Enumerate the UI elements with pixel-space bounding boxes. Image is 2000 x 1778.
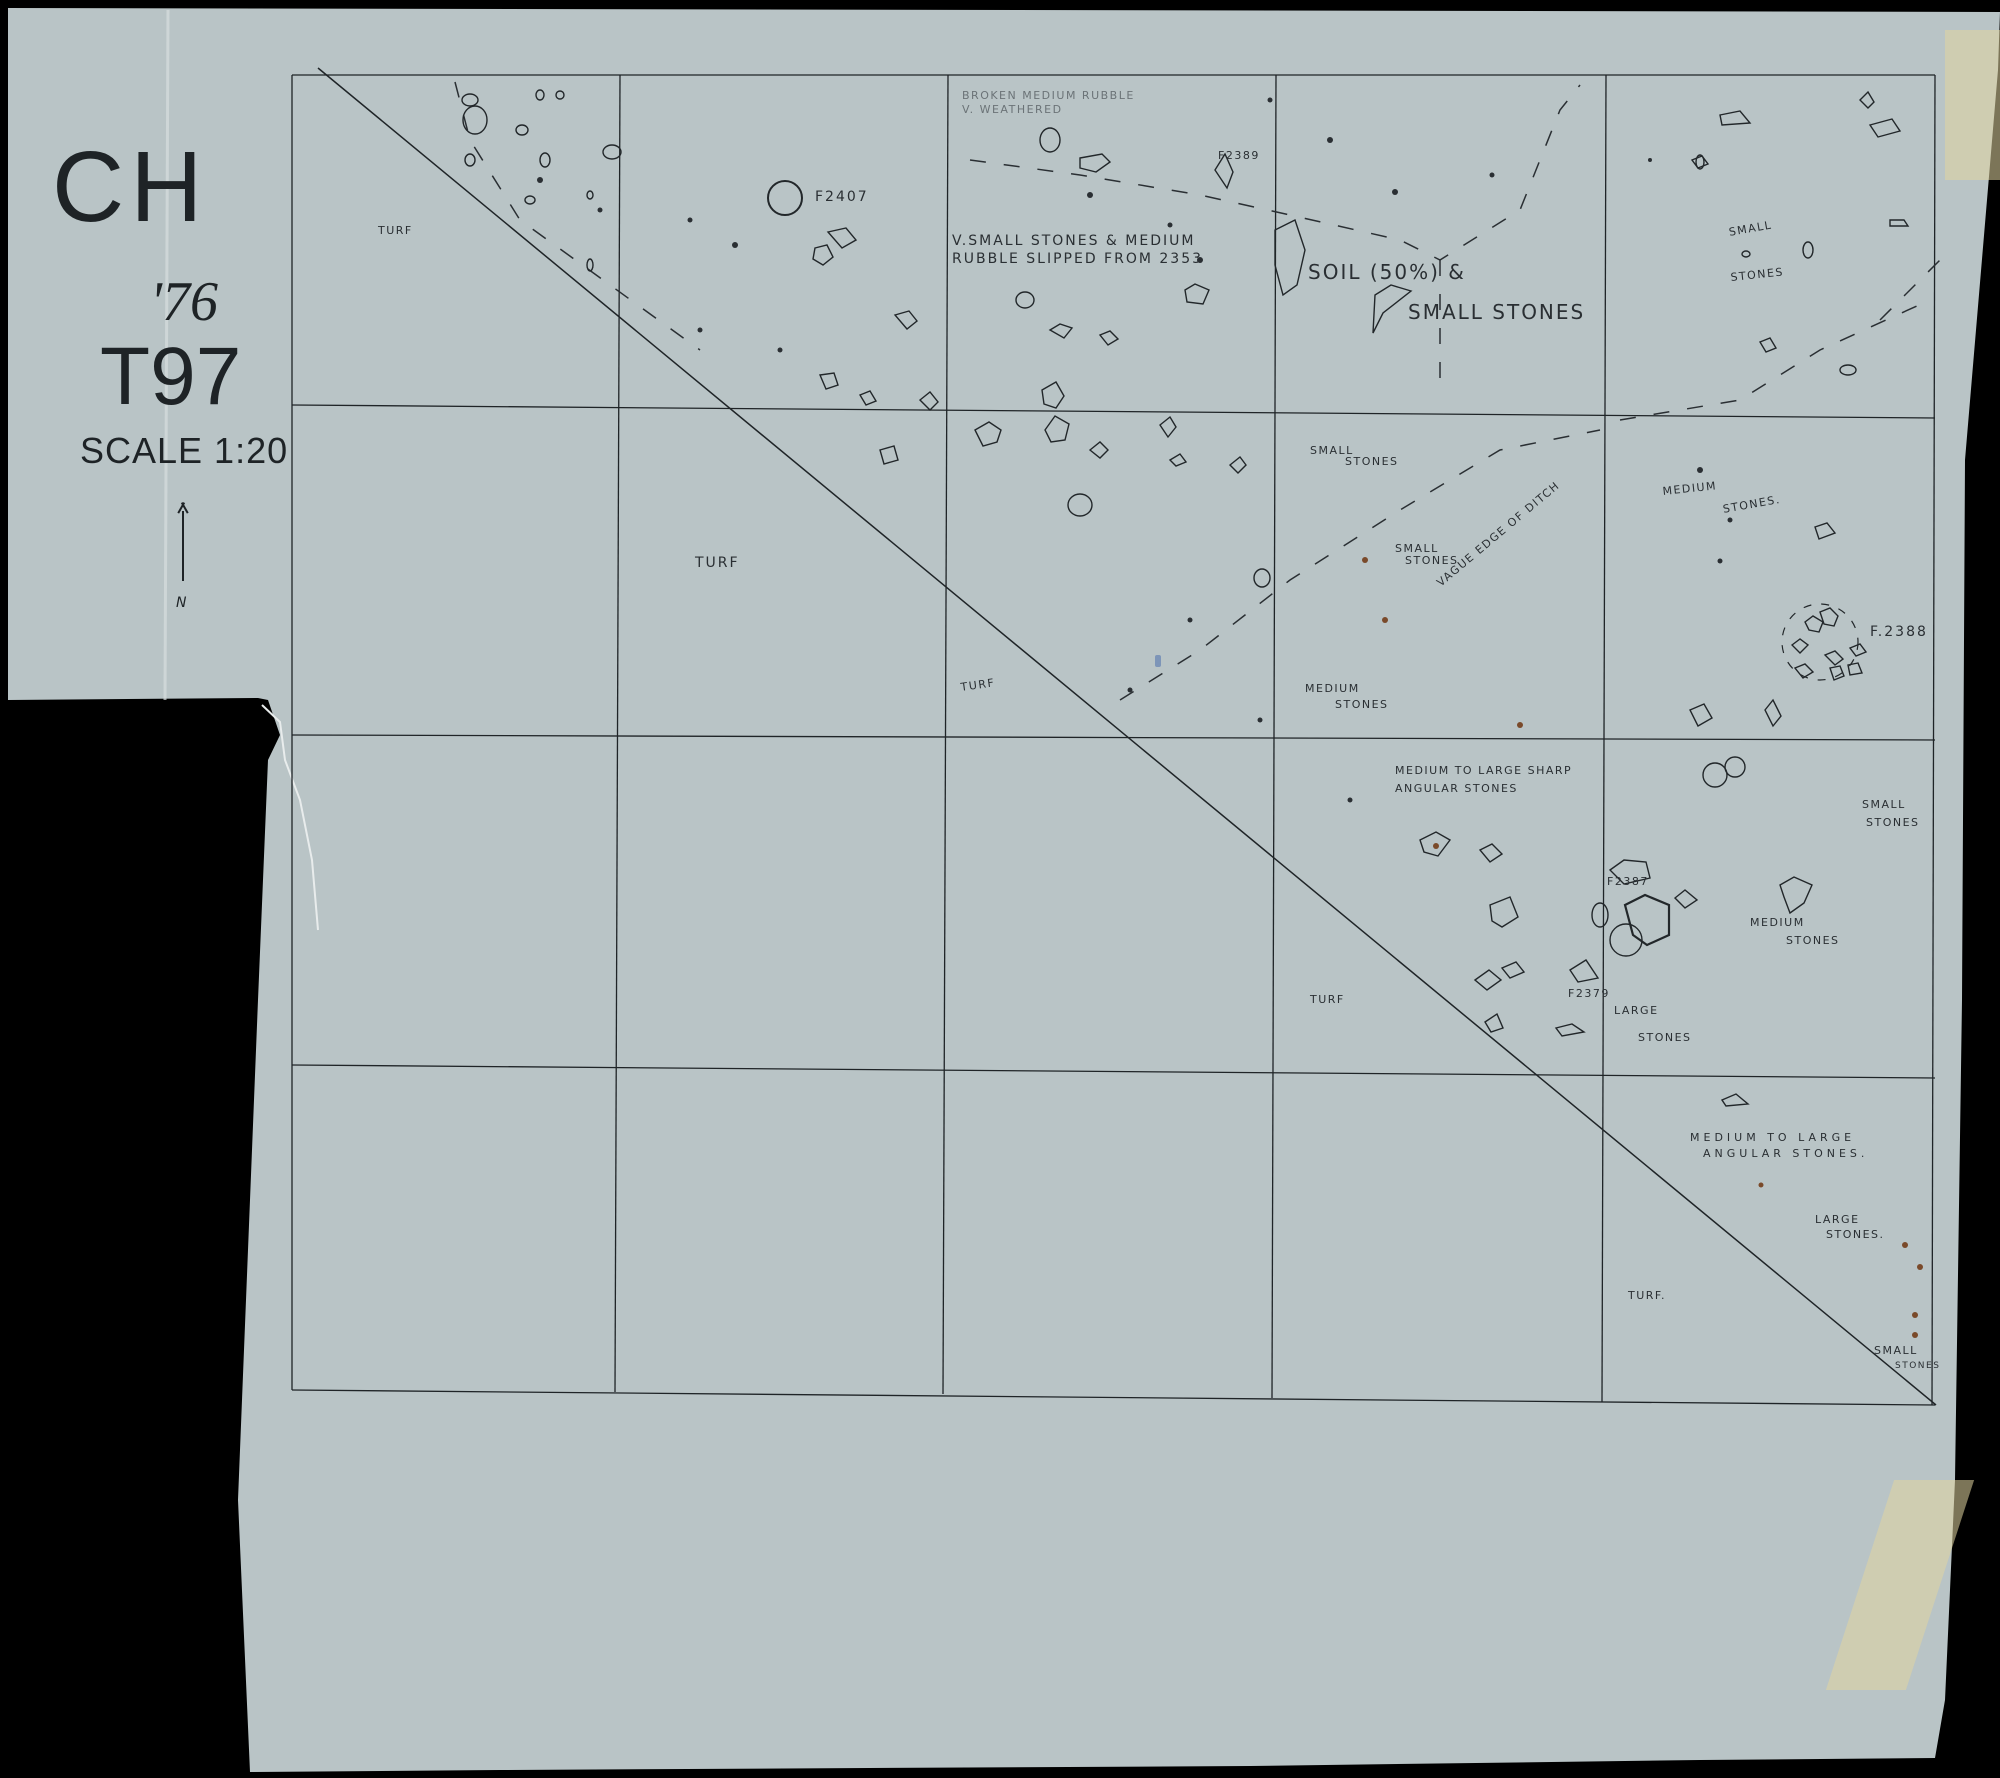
site-code: CH: [52, 130, 208, 245]
feature-label-f2379: F2379: [1568, 988, 1610, 1000]
tape-strip-right: [1945, 30, 2000, 180]
annotation-large-stones-se-line1: LARGE: [1815, 1214, 1860, 1226]
annotation-turf-w: TURF: [695, 556, 740, 571]
annotation-angular-line1: MEDIUM TO LARGE: [1690, 1132, 1855, 1144]
annotation-turf-se: TURF.: [1628, 1290, 1666, 1302]
feature-label-f2407: F2407: [815, 190, 869, 205]
feature-label-f2389: F2389: [1218, 150, 1260, 162]
year: '76: [150, 270, 218, 334]
annotation-medium-stones-c-line2: STONES: [1335, 699, 1389, 711]
trench-number: T97: [100, 330, 241, 424]
arrow-up-icon: [176, 505, 190, 515]
annotation-vsmall-stones-line1: V.SMALL STONES & MEDIUM: [952, 234, 1195, 249]
annotation-sharp-angular-line2: ANGULAR STONES: [1395, 783, 1518, 795]
north-arrow: N: [173, 505, 193, 615]
annotation-soil: SOIL (50%) &: [1308, 262, 1466, 283]
annotation-medium-stones-e-line1: MEDIUM: [1750, 917, 1805, 929]
annotation-broken-rubble-line1: BROKEN MEDIUM RUBBLE: [962, 90, 1135, 102]
annotation-small-stones-e-line1: SMALL: [1862, 799, 1906, 811]
annotation-small-stones-se-line1: SMALL: [1874, 1345, 1918, 1357]
annotation-medium-stones-c-line1: MEDIUM: [1305, 683, 1360, 695]
annotation-sharp-angular-line1: MEDIUM TO LARGE SHARP: [1395, 765, 1572, 777]
feature-label-f2387: F2387: [1607, 876, 1649, 888]
annotation-turf-s: TURF: [1310, 994, 1345, 1006]
annotation-broken-rubble-line2: V. WEATHERED: [962, 104, 1063, 116]
annotation-turf-nw: TURF: [378, 225, 413, 237]
site-plan-sheet: CH '76 T97 SCALE 1:20 N F2407 F2389 F.23…: [0, 0, 2000, 1778]
annotation-large-stones-se-line2: STONES.: [1826, 1229, 1885, 1241]
north-label: N: [176, 595, 186, 611]
annotation-soil-small-stones: SMALL STONES: [1408, 302, 1585, 323]
annotation-small-stones-c2-line1: SMALL: [1395, 543, 1439, 555]
annotation-angular-line2: ANGULAR STONES.: [1703, 1148, 1868, 1160]
annotation-vsmall-stones-line2: RUBBLE SLIPPED FROM 2353: [952, 252, 1203, 267]
feature-label-f2388: F.2388: [1870, 625, 1928, 640]
scale-label: SCALE 1:20: [80, 430, 288, 472]
annotation-large-stones-line1: LARGE: [1614, 1005, 1659, 1017]
annotation-small-stones-c-line2: STONES: [1345, 456, 1399, 468]
annotation-small-stones-e-line2: STONES: [1866, 817, 1920, 829]
annotation-small-stones-se-line2: STONES: [1895, 1362, 1940, 1371]
annotation-medium-stones-e-line2: STONES: [1786, 935, 1840, 947]
north-arrow-shaft: [182, 511, 184, 581]
blue-marker: [1155, 655, 1161, 667]
annotation-large-stones-line2: STONES: [1638, 1032, 1692, 1044]
